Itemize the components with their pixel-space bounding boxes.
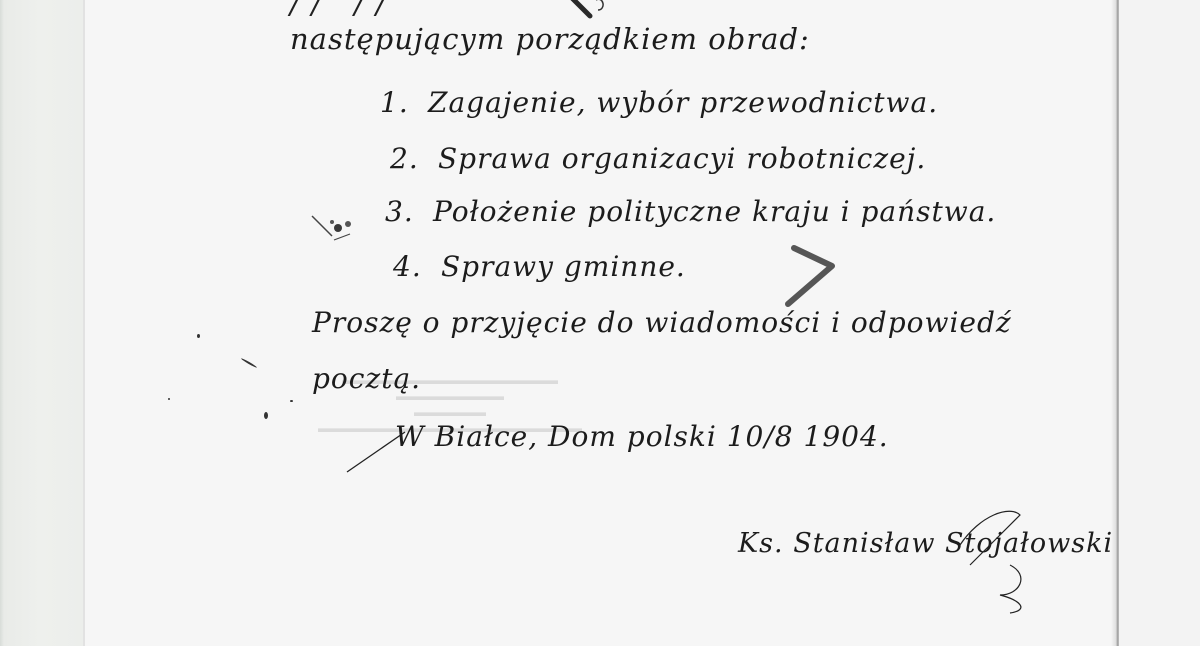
closing-line-continued: pocztą. [312, 362, 421, 395]
agenda-item: 3.Położenie polityczne kraju i państwa. [385, 195, 996, 228]
partial-top-line: / / / / [290, 0, 387, 21]
agenda-number: 4. [393, 250, 441, 283]
agenda-number: 3. [385, 195, 433, 228]
closing-line: Proszę o przyjęcie do wiadomości i odpow… [312, 306, 1012, 339]
pencil-checkmark-icon [780, 242, 840, 312]
stamp-text: ▬▬▬▬▬▬ [290, 404, 610, 420]
agenda-text: Zagajenie, wybór przewodnictwa. [428, 86, 938, 119]
agenda-text: Położenie polityczne kraju i państwa. [433, 195, 996, 228]
signature-flourish-icon [950, 505, 1050, 615]
place-date-line: W Białce, Dom polski 10/8 1904. [395, 420, 889, 453]
scanner-left-strip [0, 0, 83, 646]
partial-strokes: / / / / [290, 0, 387, 21]
signature: Ks. Stanisław Stojałowski [738, 528, 1113, 559]
scanned-document: ▬▬▬▬▬▬▬▬▬▬▬▬▬▬▬▬▬▬ ▬▬▬▬▬▬▬▬▬ ▬▬▬▬▬▬ ▬▬▬▬… [0, 0, 1200, 646]
scan-speck [264, 412, 268, 419]
agenda-item: 1.Zagajenie, wybór przewodnictwa. [380, 86, 938, 119]
scan-speck [168, 398, 170, 400]
agenda-item: 2.Sprawa organizacyi robotniczej. [390, 142, 926, 175]
agenda-number: 2. [390, 142, 438, 175]
intro-line: następującym porządkiem obrad: [290, 22, 810, 56]
agenda-text: Sprawy gminne. [441, 250, 686, 283]
ink-smudge-icon [310, 208, 370, 248]
scan-speck [290, 400, 293, 402]
agenda-number: 1. [380, 86, 428, 119]
agenda-item: 4.Sprawy gminne. [393, 250, 686, 283]
scanner-right-margin [1119, 0, 1200, 646]
agenda-text: Sprawa organizacyi robotniczej. [438, 142, 926, 175]
scan-speck [197, 334, 200, 338]
